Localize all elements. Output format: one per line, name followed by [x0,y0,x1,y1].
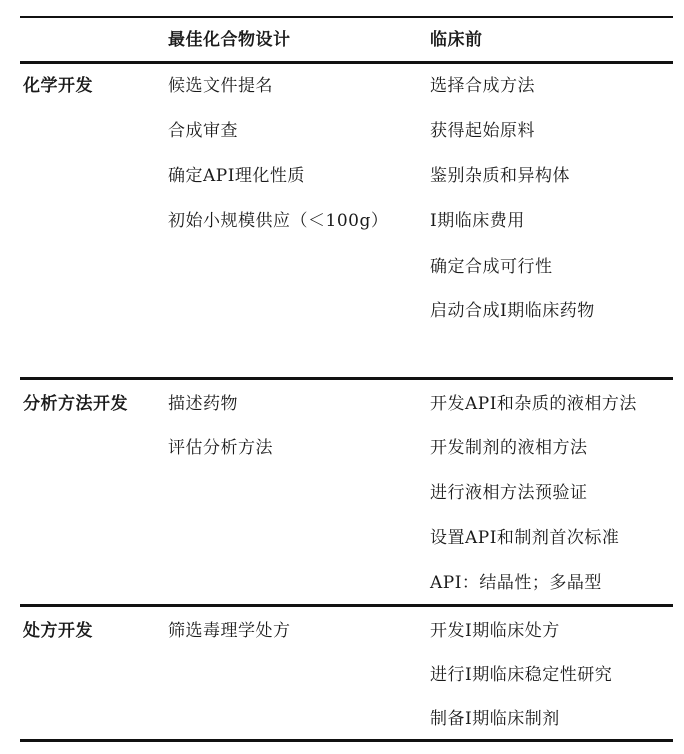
column-header-design: 最佳化合物设计 [168,29,291,51]
table-cell: 开发API和杂质的液相方法 [430,393,637,415]
table-cell: 评估分析方法 [168,437,273,459]
column-header-preclinical: 临床前 [430,29,483,51]
table-cell: 启动合成I期临床药物 [430,300,595,322]
table-cell: 候选文件提名 [168,75,273,97]
table-cell: 进行液相方法预验证 [430,482,588,504]
table-cell: 获得起始原料 [430,120,535,142]
section-divider-rule [20,377,673,380]
row-label-analytical: 分析方法开发 [23,393,128,415]
table-cell: 制备I期临床制剂 [430,708,560,730]
table-cell: 初始小规模供应（＜100g） [168,210,388,232]
table-cell: 确定合成可行性 [430,256,553,278]
header-bottom-rule [20,61,673,64]
table-cell: 开发I期临床处方 [430,620,560,642]
row-label-chemistry: 化学开发 [23,75,93,97]
table-top-rule [20,16,673,18]
table-cell: 选择合成方法 [430,75,535,97]
table-cell: 描述药物 [168,393,238,415]
row-label-formulation: 处方开发 [23,620,93,642]
table-cell: 确定API理化性质 [168,165,305,187]
table-cell: 筛选毒理学处方 [168,620,291,642]
table-cell: 鉴别杂质和异构体 [430,165,570,187]
table-cell: 合成审查 [168,120,238,142]
table-cell: API：结晶性；多晶型 [430,572,602,594]
table-cell: 开发制剂的液相方法 [430,437,588,459]
table-cell: 设置API和制剂首次标准 [430,527,619,549]
table-bottom-rule [20,739,673,742]
table-cell: I期临床费用 [430,210,525,232]
section-divider-rule [20,604,673,607]
table-cell: 进行I期临床稳定性研究 [430,664,612,686]
